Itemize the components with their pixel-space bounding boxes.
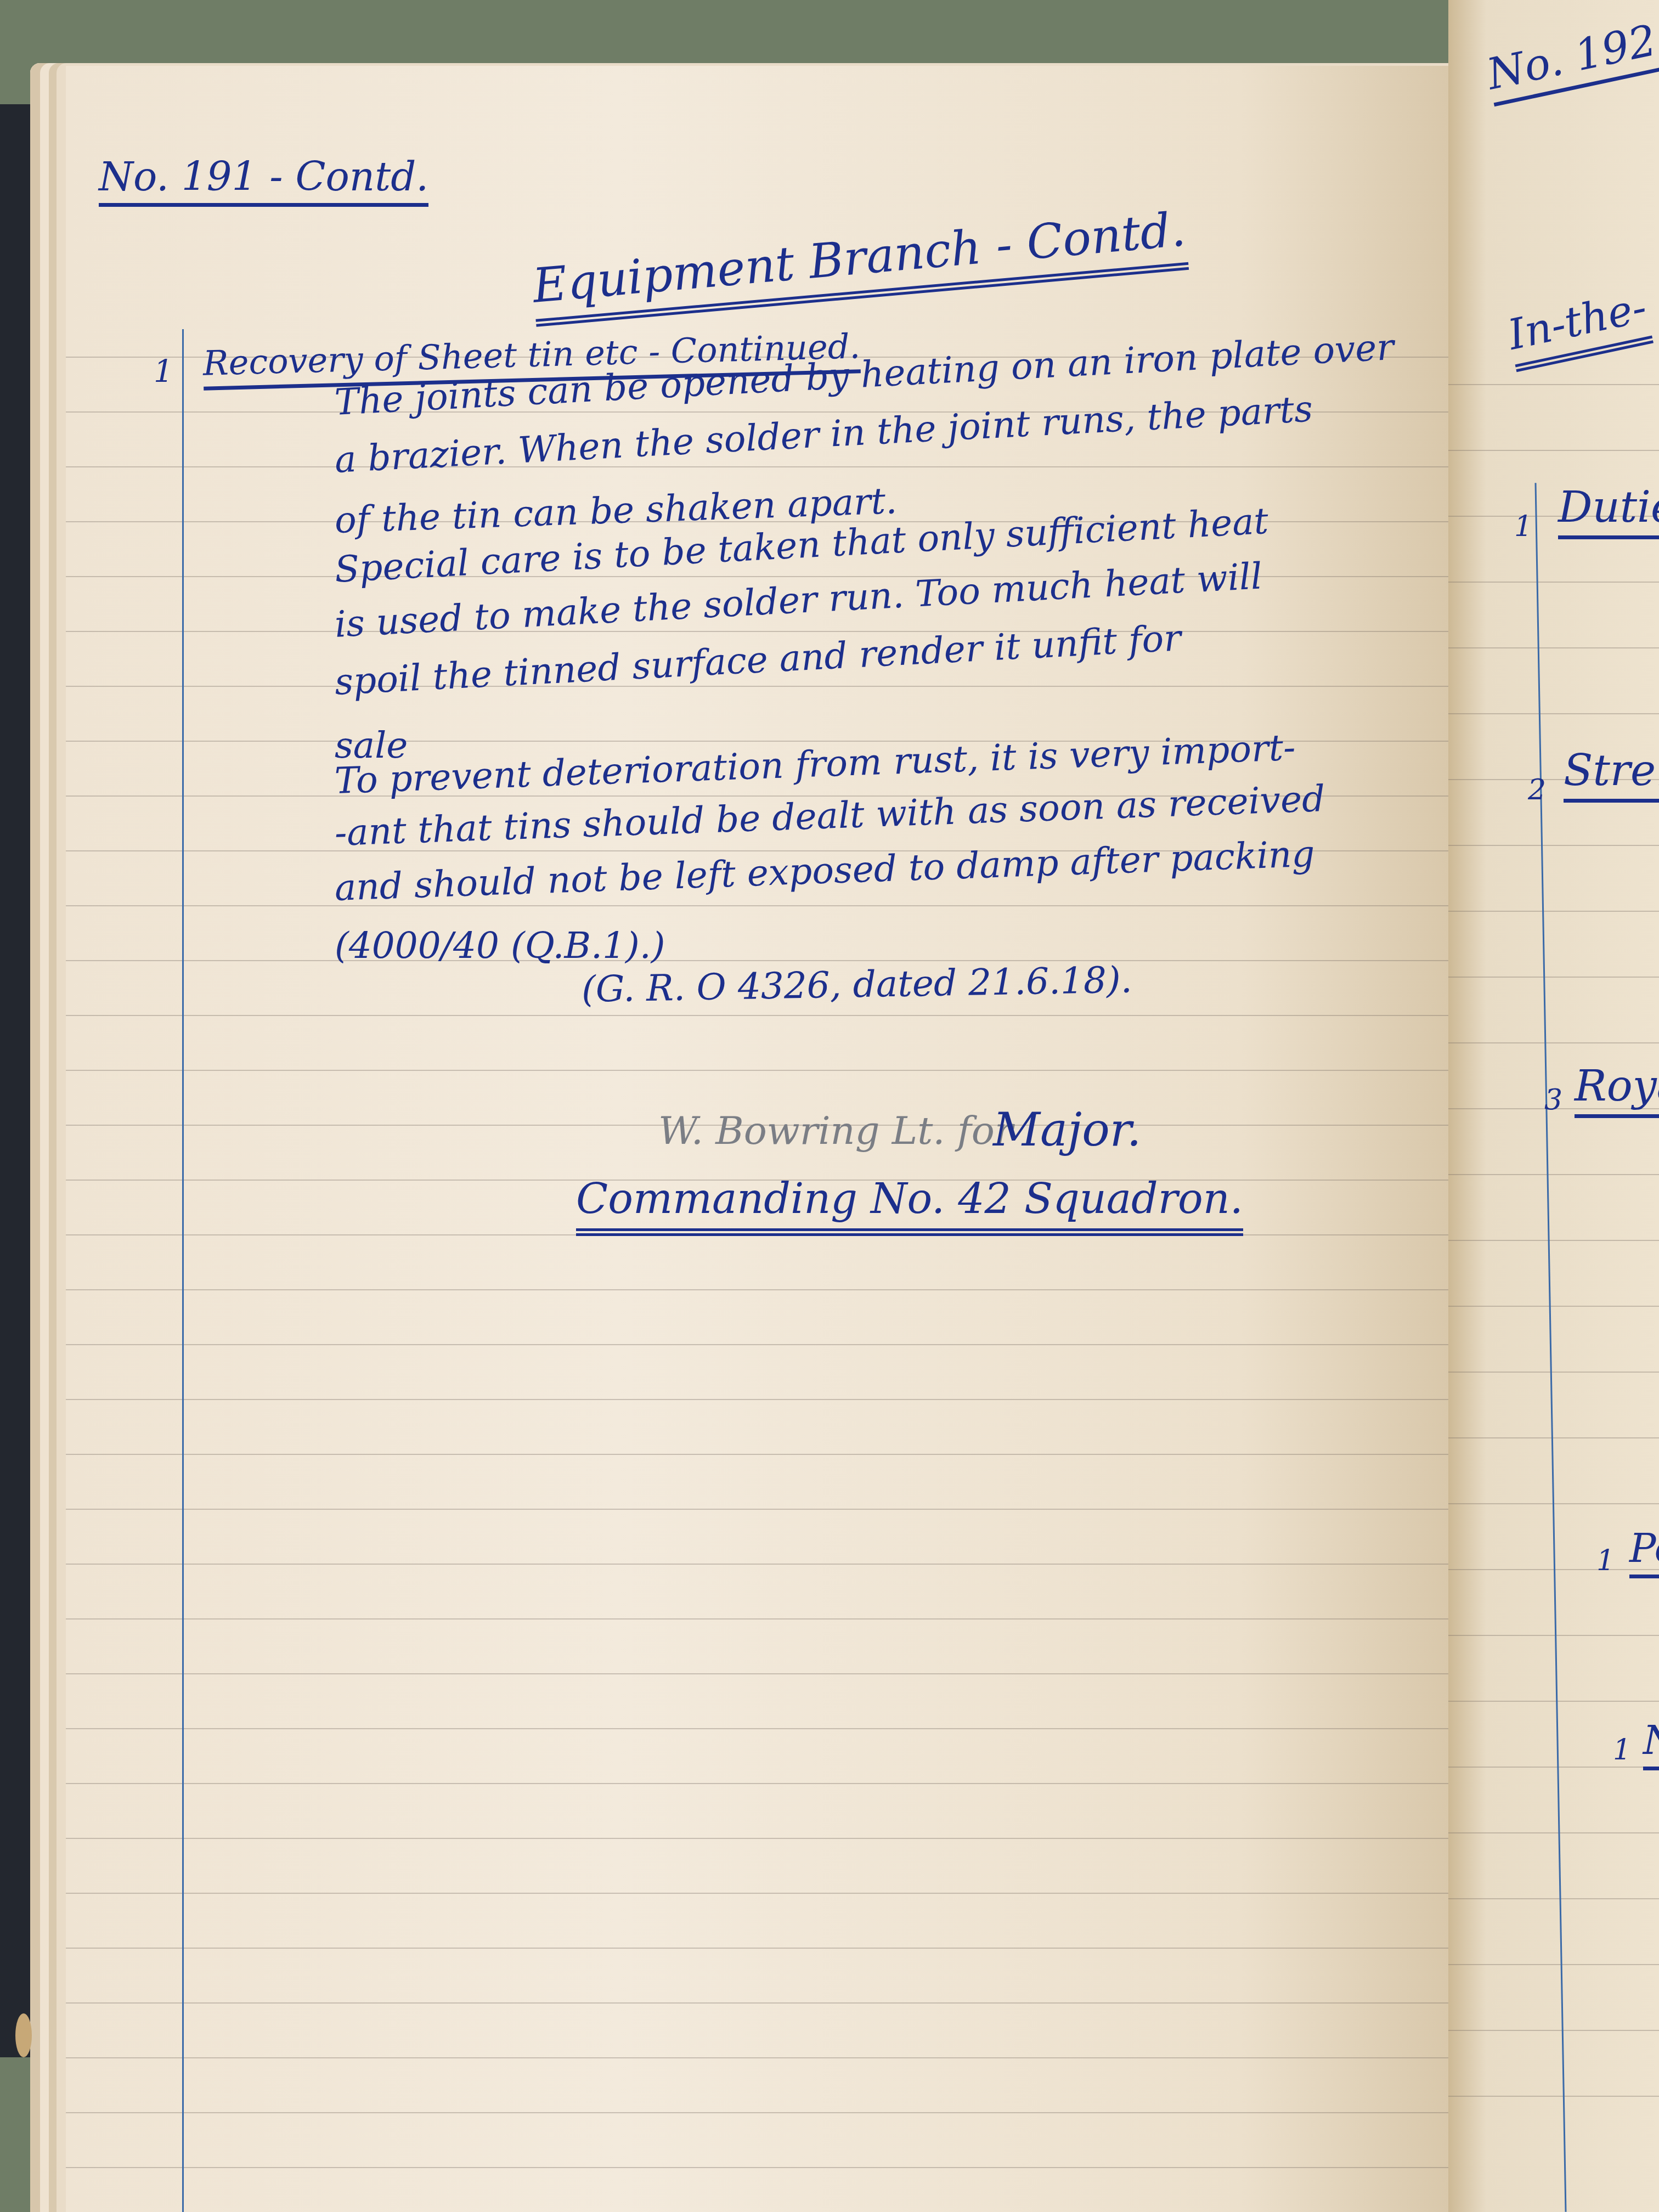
ruled-line bbox=[66, 1893, 1448, 1894]
ruled-line bbox=[66, 2112, 1448, 2113]
ruled-line bbox=[66, 1015, 1448, 1016]
ruled-line bbox=[1448, 911, 1659, 912]
item-number: 2 bbox=[1528, 774, 1546, 806]
ruled-line bbox=[1448, 582, 1659, 583]
ruled-line bbox=[66, 1838, 1448, 1839]
ruled-line bbox=[1448, 1240, 1659, 1241]
ruled-line bbox=[66, 2167, 1448, 2168]
section-title: In-the- bbox=[1504, 283, 1654, 373]
signature-title: Commanding No. 42 Squadron. bbox=[576, 1174, 1243, 1236]
ruled-line bbox=[66, 1509, 1448, 1510]
ruled-line bbox=[66, 960, 1448, 961]
ruled-line bbox=[1448, 1306, 1659, 1307]
order-reference: (G. R. O 4326, dated 21.6.18). bbox=[581, 958, 1132, 1011]
ruled-line bbox=[1448, 1437, 1659, 1438]
section-title: Equipment Branch - Contd. bbox=[531, 202, 1189, 327]
ruled-line bbox=[66, 686, 1448, 687]
signature-rank: Major. bbox=[993, 1103, 1141, 1156]
ruled-line bbox=[66, 1289, 1448, 1290]
ruled-line bbox=[66, 1344, 1448, 1345]
item-number: 1 bbox=[1613, 1734, 1631, 1767]
ruled-line bbox=[66, 1564, 1448, 1565]
ruled-line bbox=[66, 1070, 1448, 1071]
ruled-line bbox=[1448, 845, 1659, 846]
ruled-line bbox=[1448, 647, 1659, 648]
body-line: (4000/40 (Q.B.1).) bbox=[335, 924, 665, 967]
ruled-line bbox=[1448, 450, 1659, 451]
ruled-line bbox=[1448, 1372, 1659, 1373]
ruled-line bbox=[1448, 2096, 1659, 2097]
item-heading: Stren bbox=[1564, 746, 1659, 803]
book-cover bbox=[0, 104, 33, 2057]
ruled-line bbox=[1448, 1964, 1659, 1965]
item-number: 1 bbox=[1596, 1544, 1615, 1577]
ruled-line bbox=[1448, 1635, 1659, 1636]
ruled-line bbox=[66, 1399, 1448, 1400]
ruled-line bbox=[66, 466, 1448, 467]
ruled-line bbox=[66, 1948, 1448, 1949]
item-heading: Roya bbox=[1575, 1062, 1659, 1118]
ruled-line bbox=[1448, 1832, 1659, 1833]
ruled-line bbox=[66, 1618, 1448, 1620]
margin-rule bbox=[1534, 483, 1566, 2212]
entry-reference: No. 192 bbox=[1483, 16, 1659, 107]
ruled-line bbox=[1448, 713, 1659, 714]
ruled-line bbox=[1448, 1174, 1659, 1175]
ruled-line bbox=[1448, 2030, 1659, 2031]
margin-rule bbox=[182, 329, 184, 2212]
ruled-line bbox=[66, 1454, 1448, 1455]
pencil-signature: W. Bowring Lt. for bbox=[658, 1108, 1013, 1153]
item-heading: N bbox=[1643, 1717, 1659, 1770]
ruled-line bbox=[66, 1783, 1448, 1784]
item-number: 1 bbox=[154, 354, 173, 390]
ruled-line bbox=[66, 1673, 1448, 1674]
ruled-line bbox=[66, 1728, 1448, 1729]
ruled-line bbox=[66, 631, 1448, 632]
ruled-line bbox=[66, 2002, 1448, 2004]
ruled-line bbox=[1448, 384, 1659, 385]
item-heading: Po bbox=[1629, 1525, 1659, 1578]
item-heading: Duties bbox=[1558, 483, 1659, 539]
ruled-line bbox=[1448, 977, 1659, 978]
entry-reference: No. 191 - Contd. bbox=[99, 154, 428, 207]
left-page: No. 191 - Contd. Equipment Branch - Cont… bbox=[66, 66, 1448, 2212]
ruled-line bbox=[1448, 1898, 1659, 1899]
ruled-line bbox=[66, 2057, 1448, 2058]
item-number: 3 bbox=[1544, 1084, 1562, 1116]
ruled-line bbox=[1448, 1701, 1659, 1702]
item-number: 1 bbox=[1514, 510, 1532, 543]
ruled-line bbox=[66, 905, 1448, 906]
ruled-line bbox=[1448, 1767, 1659, 1768]
right-page: No. 192 In-the- 1 Duties 2 Stren 3 Roya … bbox=[1448, 0, 1659, 2212]
paper-tear bbox=[15, 2013, 32, 2057]
ruled-line bbox=[1448, 1042, 1659, 1043]
